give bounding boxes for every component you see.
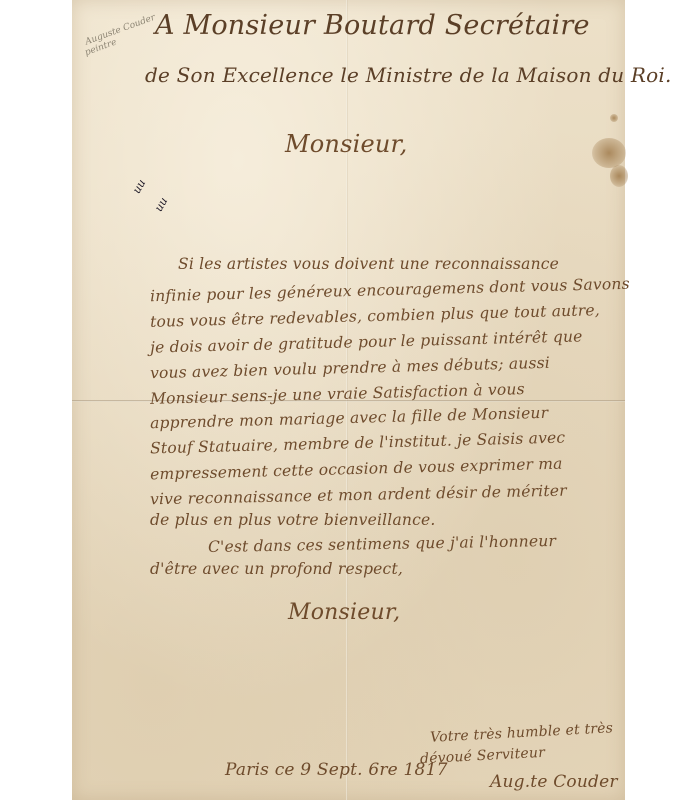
margin-mark: ии bbox=[152, 195, 170, 214]
ink-stain bbox=[592, 138, 626, 168]
address-line-2: de Son Excellence le Ministre de la Mais… bbox=[145, 63, 672, 87]
salutation: Monsieur, bbox=[285, 130, 407, 158]
ink-stain bbox=[610, 165, 628, 187]
margin-mark: ии bbox=[130, 177, 148, 196]
body-line: de plus en plus votre bienveillance. bbox=[150, 511, 435, 529]
ink-stain bbox=[610, 114, 618, 122]
date-line: Paris ce 9 Sept. 6re 1817 bbox=[225, 760, 448, 780]
body-line: Si les artistes vous doivent une reconna… bbox=[178, 255, 559, 273]
closing-salutation: Monsieur, bbox=[288, 600, 400, 625]
address-line-1: A Monsieur Boutard Secrétaire bbox=[155, 10, 590, 41]
signature: Aug.te Couder bbox=[490, 772, 618, 792]
body-line: d'être avec un profond respect, bbox=[150, 560, 403, 578]
pencil-note: Auguste Couder peintre bbox=[84, 13, 160, 57]
